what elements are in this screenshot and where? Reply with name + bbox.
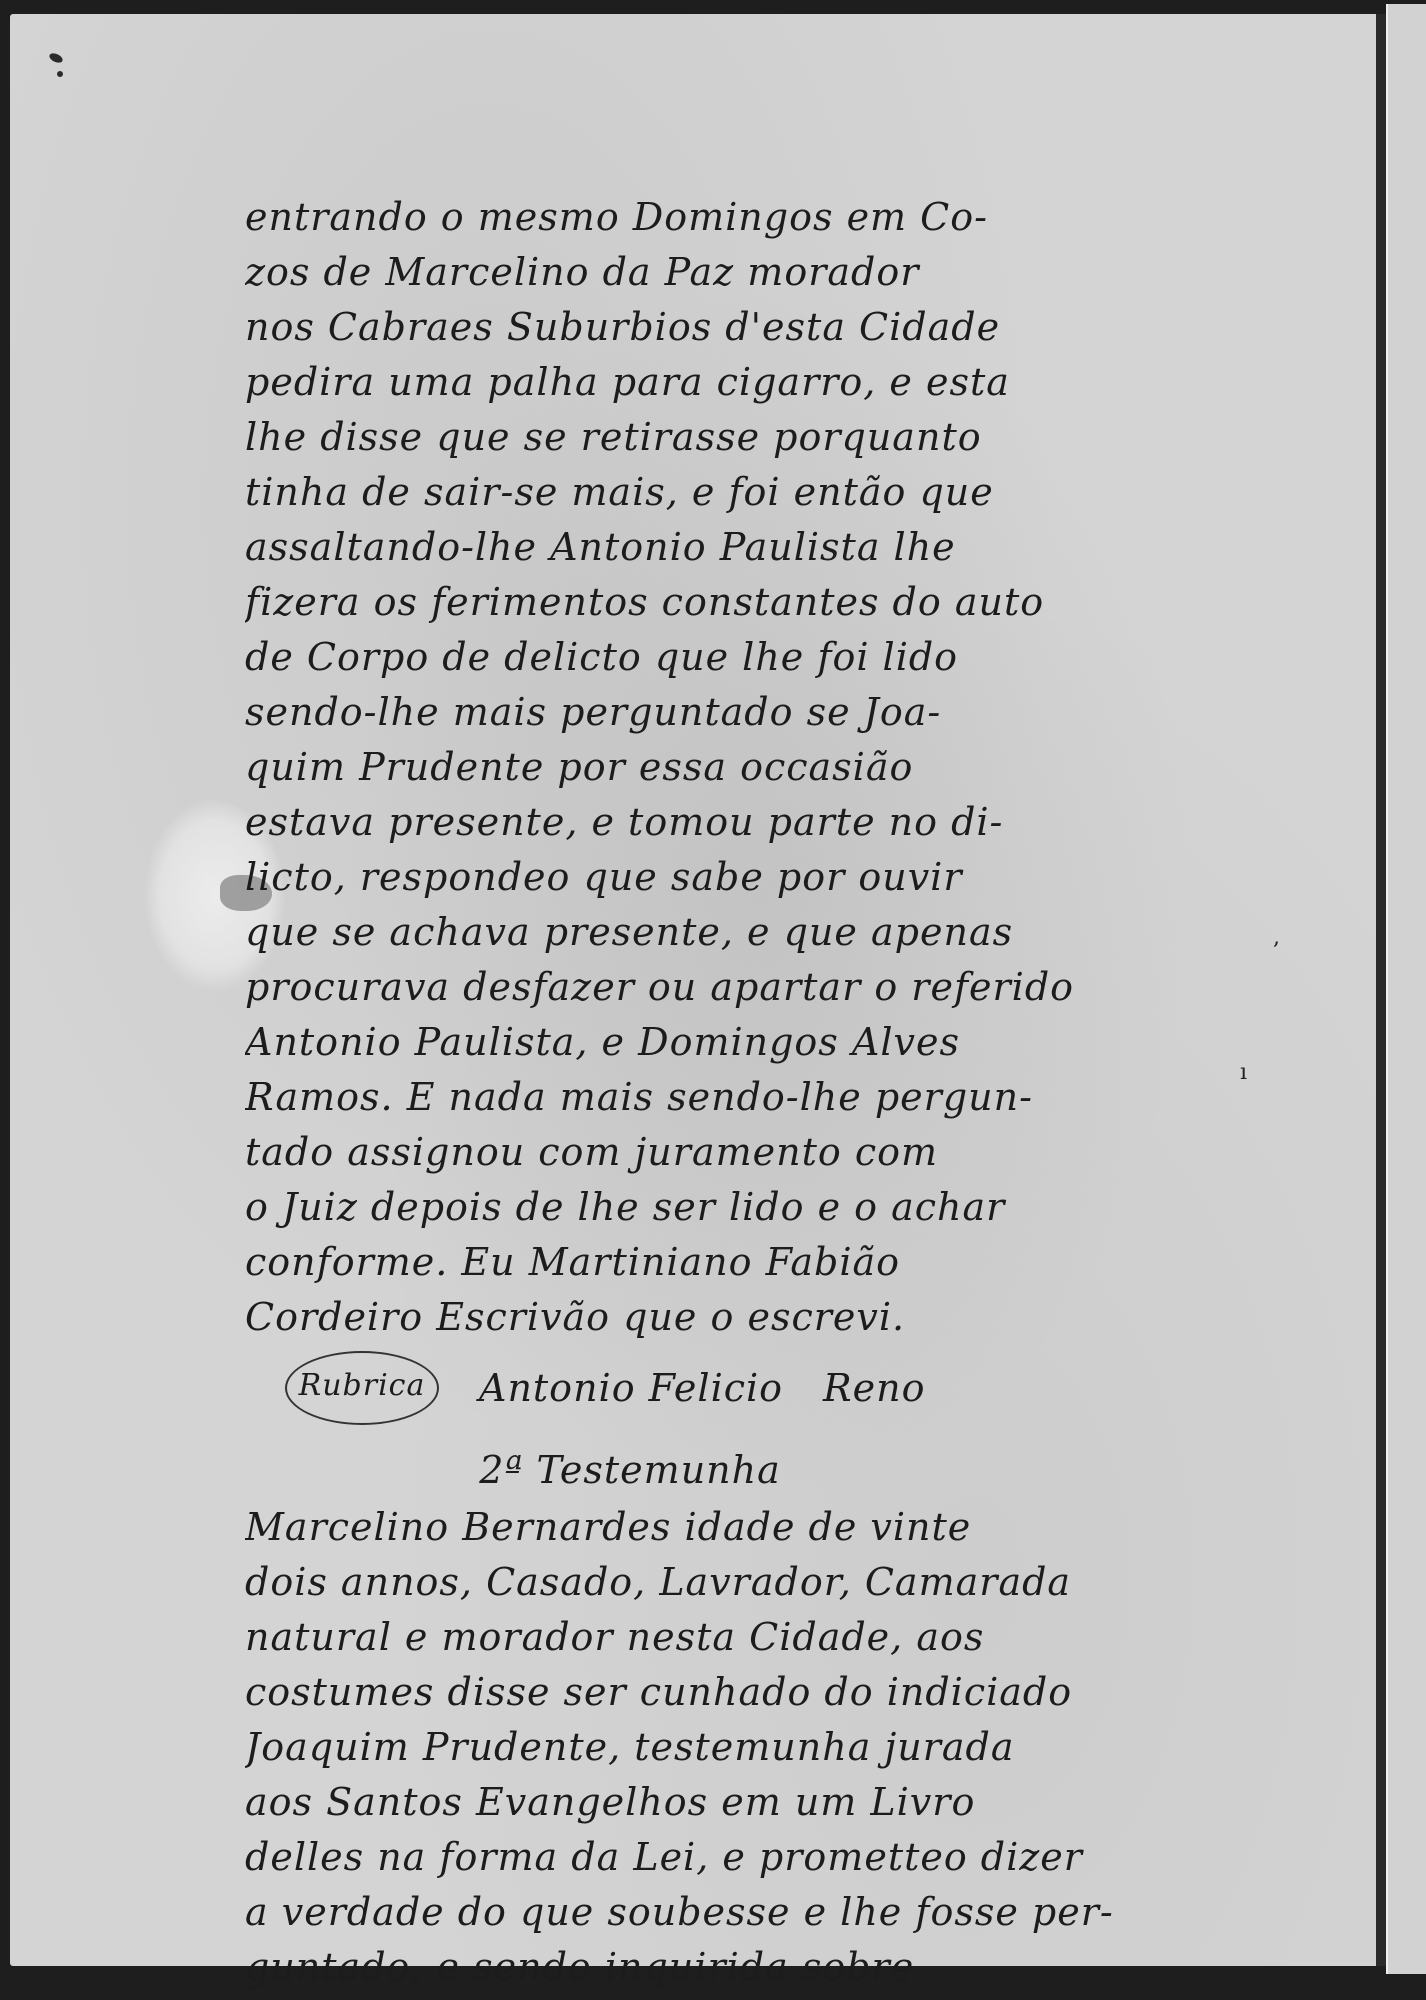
- text-line: aos Santos Evangelhos em um Livro: [245, 1775, 1135, 1830]
- margin-mark: ,: [1273, 925, 1280, 950]
- text-line: delles na forma da Lei, e prometteo dize…: [245, 1830, 1135, 1885]
- text-line: fizera os ferimentos constantes do auto: [245, 575, 1135, 630]
- page-binding-edge: [1376, 14, 1386, 1966]
- text-line: Cordeiro Escrivão que o escrevi.: [245, 1290, 1135, 1345]
- text-line: dois annos, Casado, Lavrador, Camarada: [245, 1555, 1135, 1610]
- text-line: de Corpo de delicto que lhe foi lido: [245, 630, 1135, 685]
- signature-block: Rubrica Antonio Felicio Reno: [245, 1345, 1135, 1430]
- text-line: que se achava presente, e que apenas: [245, 905, 1135, 960]
- ink-spot-icon: [42, 48, 68, 82]
- text-line: nos Cabraes Suburbios d'esta Cidade: [245, 300, 1135, 355]
- margin-mark: ı: [1240, 1060, 1247, 1085]
- signature-mark: Reno: [823, 1353, 925, 1423]
- text-line: quim Prudente por essa occasião: [245, 740, 1135, 795]
- text-line: procurava desfazer ou apartar o referido: [245, 960, 1135, 1015]
- text-line: licto, respondeo que sabe por ouvir: [245, 850, 1135, 905]
- text-line: entrando o mesmo Domingos em Co-: [245, 190, 1135, 245]
- rubric-signature: Rubrica: [285, 1351, 439, 1425]
- text-line: estava presente, e tomou parte no di-: [245, 795, 1135, 850]
- text-line: Antonio Paulista, e Domingos Alves: [245, 1015, 1135, 1070]
- text-line: conforme. Eu Martiniano Fabião: [245, 1235, 1135, 1290]
- text-line: Joaquim Prudente, testemunha jurada: [245, 1720, 1135, 1775]
- text-line: assaltando-lhe Antonio Paulista lhe: [245, 520, 1135, 575]
- text-line: lhe disse que se retirasse porquanto: [245, 410, 1135, 465]
- text-line: tinha de sair-se mais, e foi então que: [245, 465, 1135, 520]
- text-line: pedira uma palha para cigarro, e esta: [245, 355, 1135, 410]
- text-line: o Juiz depois de lhe ser lido e o achar: [245, 1180, 1135, 1235]
- text-line: natural e morador nesta Cidade, aos: [245, 1610, 1135, 1665]
- section-heading: 2ª Testemunha: [245, 1430, 1135, 1500]
- text-line: costumes disse ser cunhado do indiciado: [245, 1665, 1135, 1720]
- adjacent-page-edge: [1386, 4, 1426, 1974]
- text-line: a verdade do que soubesse e lhe fosse pe…: [245, 1885, 1135, 1940]
- witness-signature: Antonio Felicio: [479, 1353, 783, 1423]
- text-line: tado assignou com juramento com: [245, 1125, 1135, 1180]
- manuscript-text: entrando o mesmo Domingos em Co- zos de …: [245, 190, 1135, 1995]
- text-line: Ramos. E nada mais sendo-lhe pergun-: [245, 1070, 1135, 1125]
- text-line: sendo-lhe mais perguntado se Joa-: [245, 685, 1135, 740]
- text-line: guntado, e sendo inquirida sobre: [245, 1940, 1135, 1995]
- text-line: Marcelino Bernardes idade de vinte: [245, 1500, 1135, 1555]
- text-line: zos de Marcelino da Paz morador: [245, 245, 1135, 300]
